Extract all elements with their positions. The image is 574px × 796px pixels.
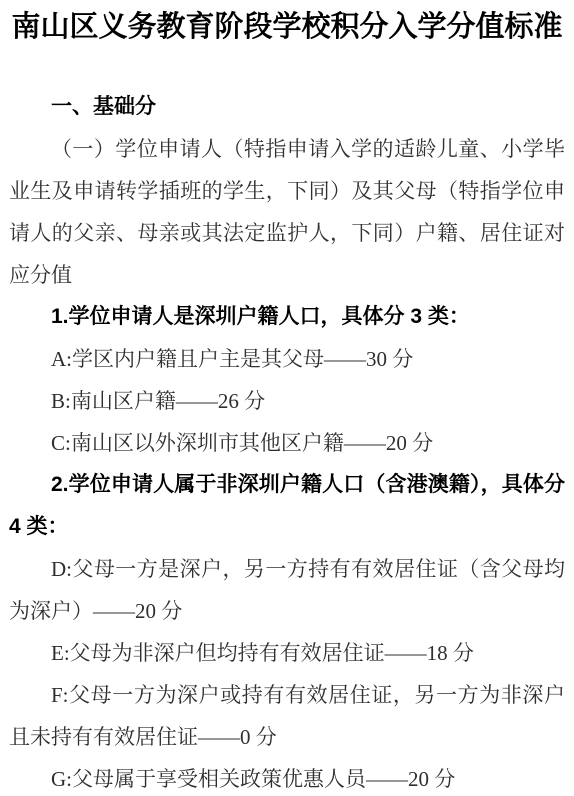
subsection-2-heading: 2.学位申请人属于非深圳户籍人口（含港澳籍），具体分 4 类： (9, 464, 565, 548)
item-e-both-residence-permit: E:父母为非深户但均持有有效居住证——18 分 (9, 632, 565, 674)
item-c-other-district-hukou: C:南山区以外深圳市其他区户籍——20 分 (9, 422, 565, 464)
document-page: 南山区义务教育阶段学校积分入学分值标准 一、基础分 （一）学位申请人（特指申请入… (0, 0, 574, 796)
item-f-one-without-permit: F:父母一方为深户或持有有效居住证，另一方为非深户且未持有有效居住证——0 分 (9, 674, 565, 758)
section-heading-basic-score: 一、基础分 (9, 86, 565, 128)
page-title: 南山区义务教育阶段学校积分入学分值标准 (9, 8, 565, 46)
item-a-shenzhen-hukou-in-district: A:学区内户籍且户主是其父母——30 分 (9, 338, 565, 380)
item-d-one-parent-shenzhen: D:父母一方是深户，另一方持有有效居住证（含父母均为深户）——20 分 (9, 548, 565, 632)
item-g-policy-preference: G:父母属于享受相关政策优惠人员——20 分 (9, 758, 565, 796)
intro-paragraph: （一）学位申请人（特指申请入学的适龄儿童、小学毕业生及申请转学插班的学生，下同）… (9, 128, 565, 296)
document-body: 一、基础分 （一）学位申请人（特指申请入学的适龄儿童、小学毕业生及申请转学插班的… (9, 86, 565, 796)
item-b-nanshan-hukou: B:南山区户籍——26 分 (9, 380, 565, 422)
subsection-1-heading: 1.学位申请人是深圳户籍人口，具体分 3 类： (9, 296, 565, 338)
